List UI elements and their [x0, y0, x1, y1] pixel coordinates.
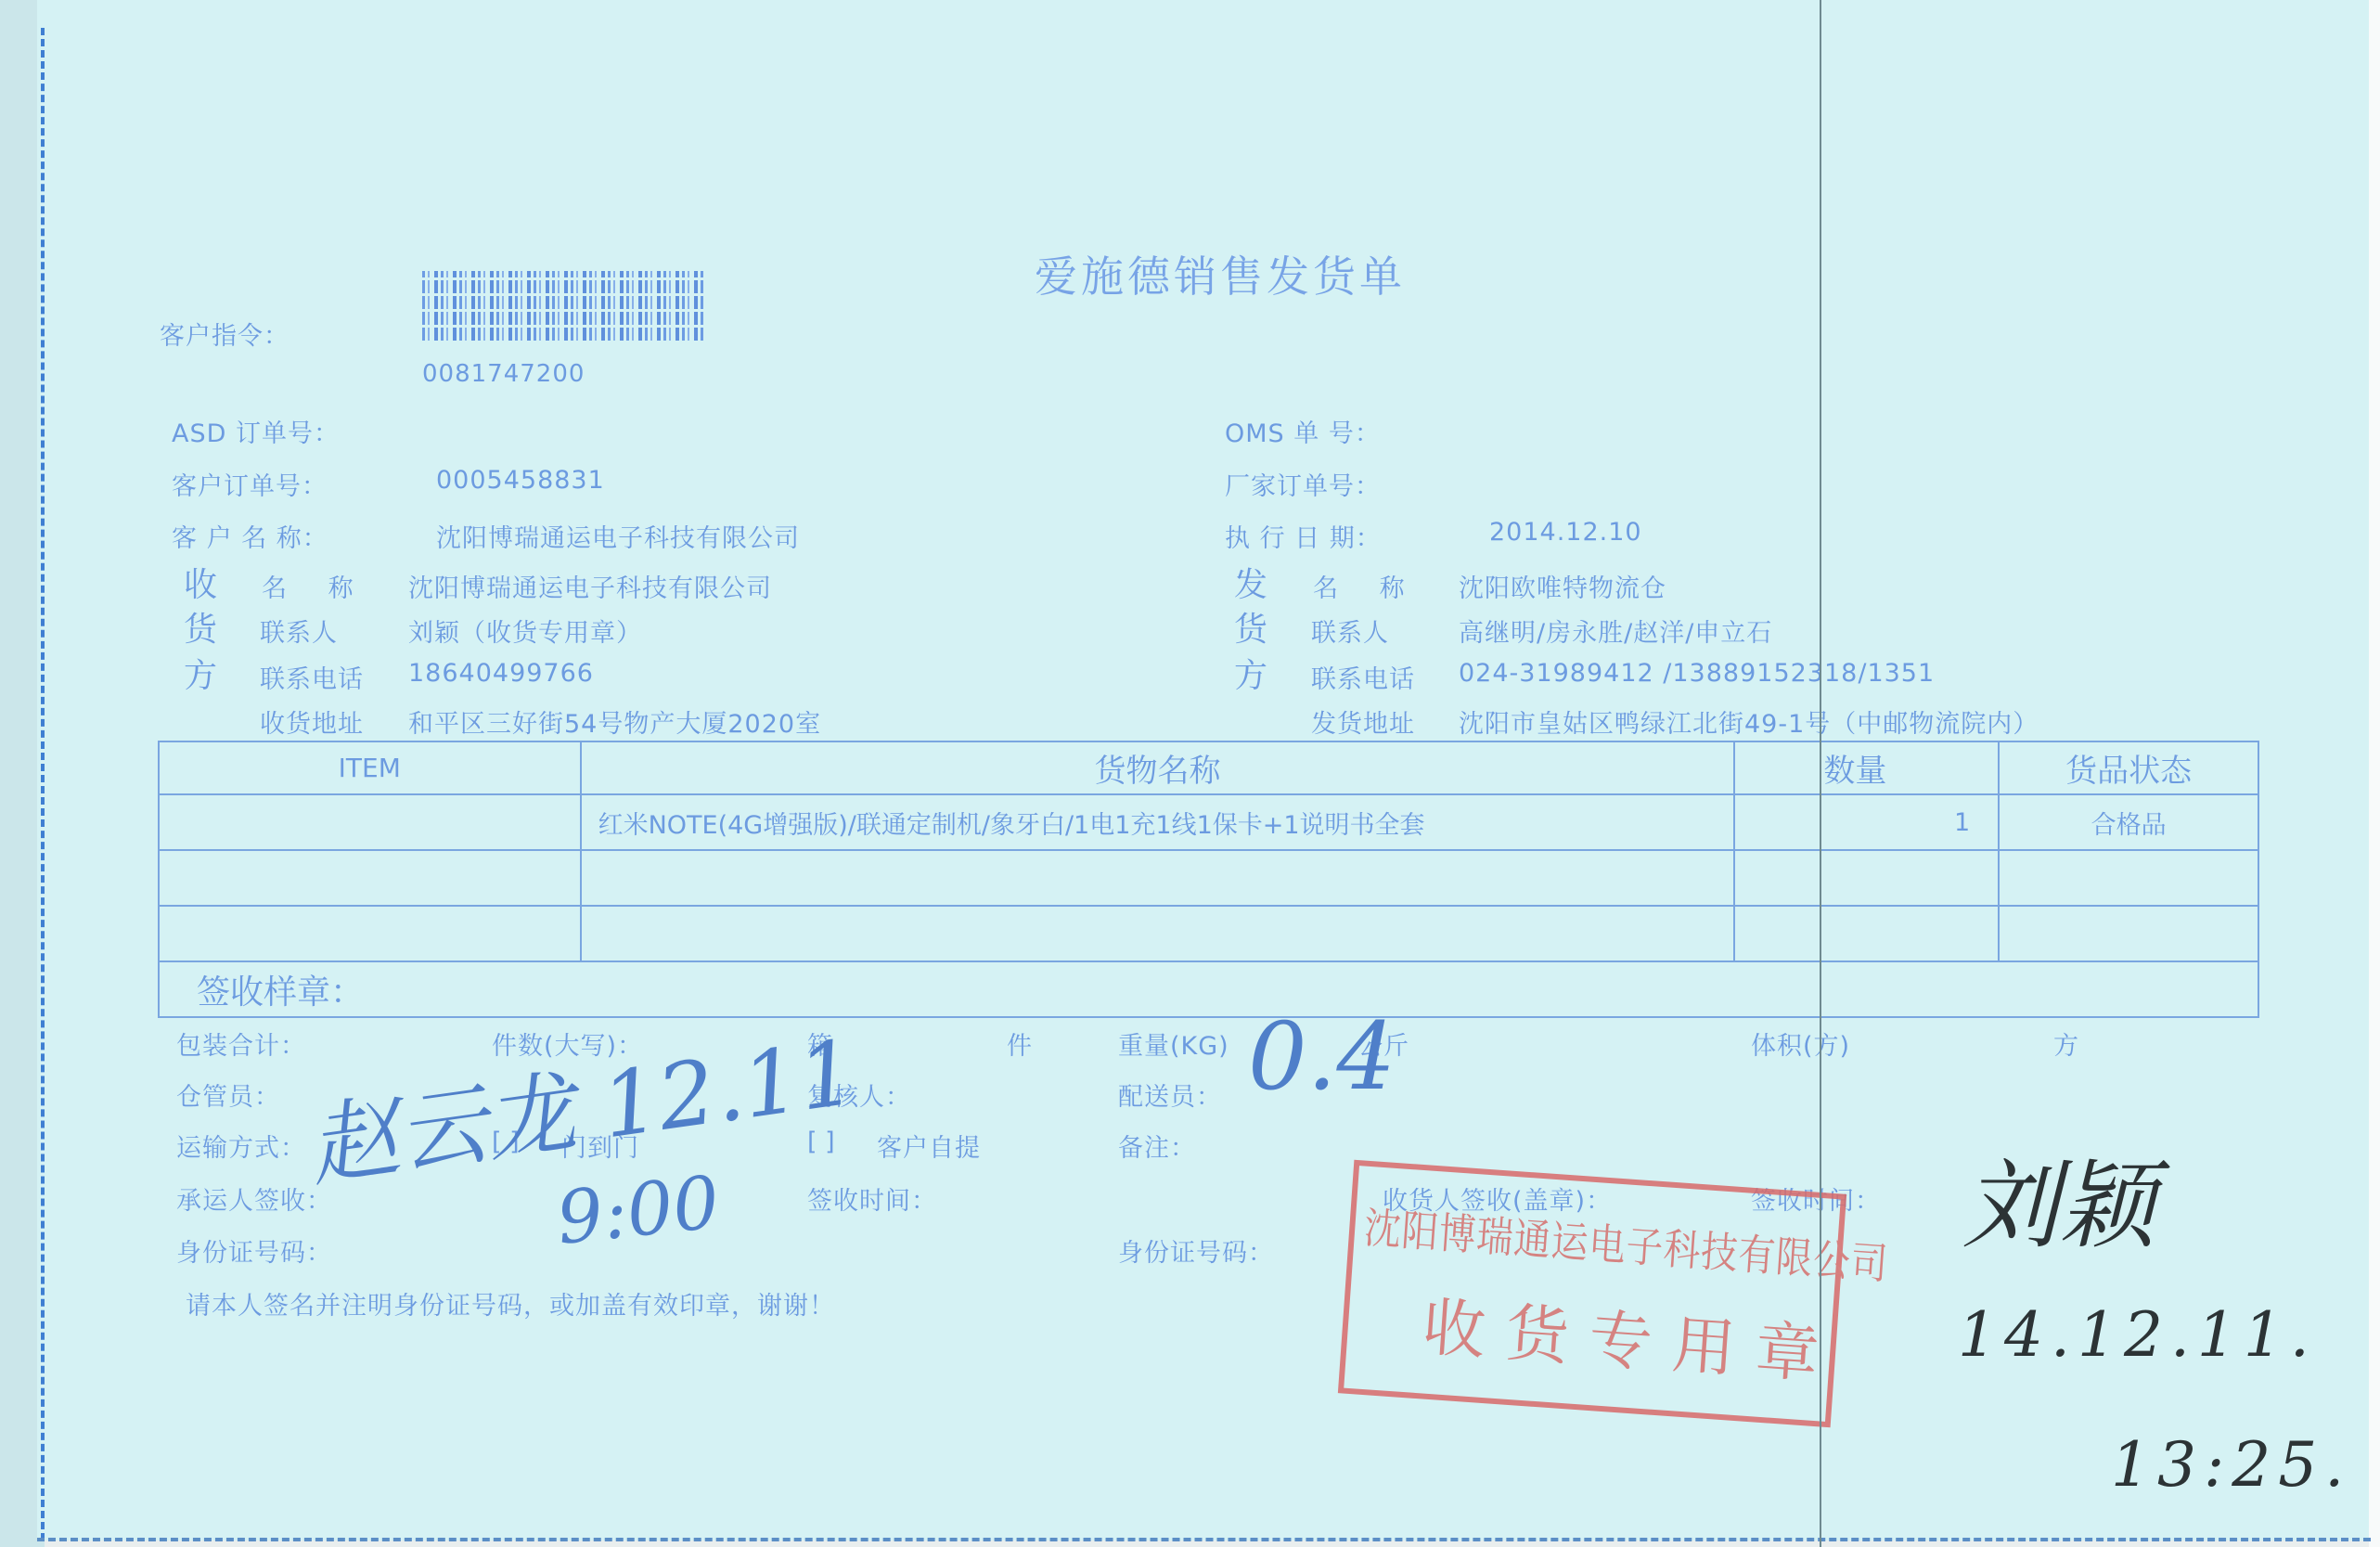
- receiver-phone: 18640499766: [408, 659, 594, 688]
- document-title: 爱施德销售发货单: [1035, 243, 1406, 304]
- stamp-purpose: 收货专用章: [1420, 1277, 1843, 1396]
- fold-line: [1820, 0, 1821, 1547]
- cell-item: [159, 794, 581, 850]
- sender-contact: 高继明/房永胜/赵洋/申立石: [1459, 612, 1772, 649]
- cell-item: [159, 906, 581, 961]
- remark-label: 备注：: [1118, 1128, 1196, 1164]
- factory-order-label: 厂家订单号：: [1225, 466, 1381, 502]
- receiver-contact: 刘颖（收货专用章）: [408, 612, 642, 649]
- customer-order-value: 0005458831: [436, 466, 605, 495]
- barcode-row-gaps: [422, 271, 705, 341]
- cell-status: [1999, 906, 2258, 961]
- sign-time-label: 签收时间：: [807, 1180, 937, 1217]
- receiver-address-label: 收货地址: [260, 703, 364, 740]
- handwritten-receiver-signature: 刘颖: [1962, 1128, 2155, 1267]
- handwritten-carrier-time: 9:00: [553, 1161, 724, 1261]
- oms-order-label: OMS 单 号：: [1225, 413, 1381, 449]
- sender-phone: 024-31989412 /13889152318/1351: [1459, 659, 1935, 688]
- signature-notice: 请本人签名并注明身份证号码，或加盖有效印章，谢谢！: [186, 1285, 835, 1321]
- piece-label: 件: [1007, 1025, 1033, 1062]
- warehouse-keeper-label: 仓管员：: [176, 1076, 280, 1113]
- header-item: ITEM: [159, 741, 581, 794]
- receiver-side-char-3: 方: [184, 650, 218, 697]
- delivery-person-label: 配送员：: [1118, 1076, 1222, 1113]
- header-quantity: 数量: [1734, 741, 1999, 794]
- customer-instruction-label: 客户指令：: [160, 316, 289, 352]
- handwritten-weight: 0.4: [1248, 1002, 1396, 1111]
- table-row: 红米NOTE(4G增强版)/联通定制机/象牙白/1电1充1线1保卡+1说明书全套…: [159, 794, 2258, 850]
- id-number-label-2: 身份证号码：: [1118, 1232, 1274, 1269]
- paper-edge: [2369, 0, 2380, 1547]
- execution-date-label: 执 行 日 期：: [1225, 518, 1382, 554]
- table-row: [159, 906, 2258, 961]
- volume-label: 体积(方): [1751, 1025, 1850, 1062]
- receiver-name: 沈阳博瑞通运电子科技有限公司: [408, 568, 772, 604]
- stamp-company-name: 沈阳博瑞通运电子科技有限公司: [1362, 1194, 1890, 1292]
- receiver-side-char-2: 货: [184, 603, 218, 651]
- header-status: 货品状态: [1999, 741, 2258, 794]
- carrier-sign-label: 承运人签收：: [176, 1180, 332, 1217]
- perforation-line: [41, 28, 45, 1541]
- sender-phone-label: 联系电话: [1311, 659, 1415, 695]
- sender-side-char-3: 方: [1234, 650, 1268, 697]
- barcode-number: 0081747200: [422, 360, 585, 388]
- cell-status: 合格品: [1999, 794, 2258, 850]
- customer-name-label: 客 户 名 称：: [172, 518, 328, 554]
- asd-order-label: ASD 订单号：: [172, 413, 340, 449]
- cell-item: [159, 850, 581, 906]
- bottom-perforation-line: [37, 1538, 2371, 1541]
- customer-name-value: 沈阳博瑞通运电子科技有限公司: [436, 518, 800, 554]
- handwritten-receiver-time: 13:25.: [2111, 1429, 2351, 1501]
- cell-quantity: [1734, 850, 1999, 906]
- receiver-side-char-1: 收: [184, 559, 218, 606]
- table-row: [159, 850, 2258, 906]
- handwritten-receiver-date: 14.12.11.: [1958, 1299, 2317, 1371]
- sign-sample-label: 签收样章：: [159, 961, 2258, 1017]
- cell-goods-name: [581, 850, 1735, 906]
- self-pickup-label: 客户自提: [877, 1128, 981, 1164]
- cell-quantity: 1: [1734, 794, 1999, 850]
- sender-address-label: 发货地址: [1311, 703, 1415, 740]
- header-goods-name: 货物名称: [581, 741, 1735, 794]
- sender-side-char-1: 发: [1234, 559, 1268, 606]
- package-total-label: 包装合计：: [176, 1025, 306, 1062]
- cell-status: [1999, 850, 2258, 906]
- sender-side-char-2: 货: [1234, 603, 1268, 651]
- table-header-row: ITEM 货物名称 数量 货品状态: [159, 741, 2258, 794]
- receiver-name-label: 名 称: [262, 568, 370, 604]
- cell-goods-name: [581, 906, 1735, 961]
- execution-date-value: 2014.12.10: [1489, 518, 1642, 547]
- sign-sample-row: 签收样章：: [159, 961, 2258, 1017]
- volume-unit: 方: [2053, 1025, 2079, 1062]
- receiver-phone-label: 联系电话: [260, 659, 364, 695]
- id-number-label: 身份证号码：: [176, 1232, 332, 1269]
- sender-name-label: 名 称: [1313, 568, 1422, 604]
- sender-address: 沈阳市皇姑区鸭绿江北街49-1号（中邮物流院内）: [1459, 703, 2039, 740]
- sender-name: 沈阳欧唯特物流仓: [1459, 568, 1666, 604]
- sender-contact-label: 联系人: [1311, 612, 1389, 649]
- transport-label: 运输方式：: [176, 1128, 306, 1164]
- cell-goods-name: 红米NOTE(4G增强版)/联通定制机/象牙白/1电1充1线1保卡+1说明书全套: [581, 794, 1735, 850]
- receipt-stamp: 沈阳博瑞通运电子科技有限公司 收货专用章: [1338, 1160, 1846, 1427]
- receiver-address: 和平区三好街54号物产大厦2020室: [408, 703, 821, 740]
- receiver-contact-label: 联系人: [260, 612, 338, 649]
- customer-order-label: 客户订单号：: [172, 466, 328, 502]
- goods-table: ITEM 货物名称 数量 货品状态 红米NOTE(4G增强版)/联通定制机/象牙…: [158, 741, 2259, 1018]
- weight-label: 重量(KG): [1118, 1025, 1229, 1062]
- cell-quantity: [1734, 906, 1999, 961]
